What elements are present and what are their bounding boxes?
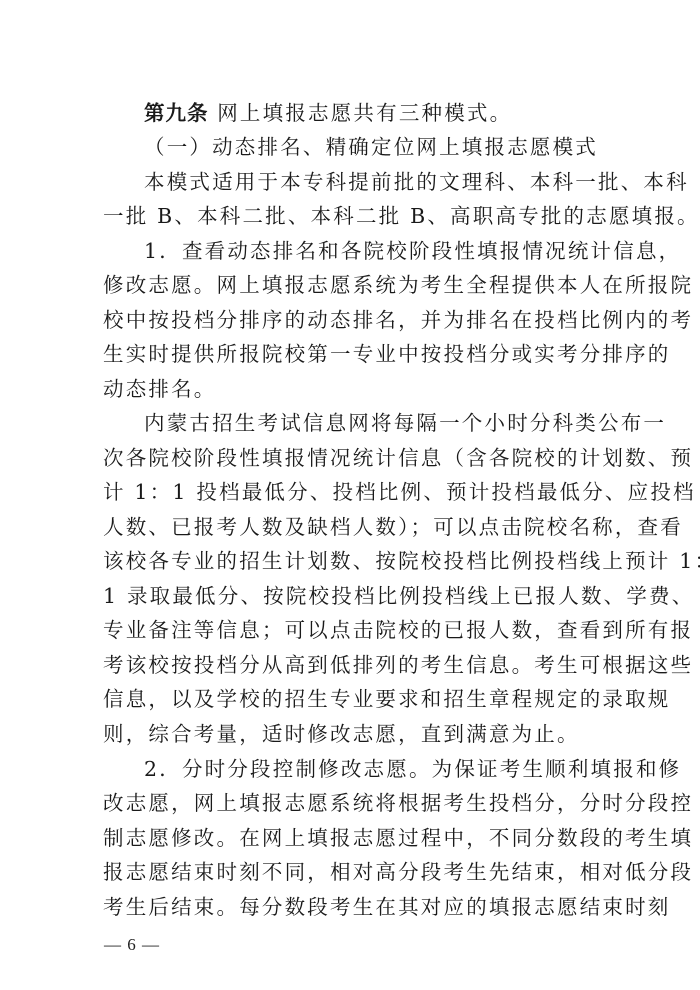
paragraph-line: 制志愿修改。在网上填报志愿过程中，不同分数段的考生填 [103, 821, 597, 855]
paragraph-line: 一批 B、本科二批、本科二批 B、高职高专批的志愿填报。 [103, 199, 597, 233]
paragraph-line: 则，综合考量，适时修改志愿，直到满意为止。 [103, 717, 597, 751]
article-heading: 第九条 网上填报志愿共有三种模式。 [144, 96, 597, 130]
paragraph-line: 动态排名。 [103, 372, 597, 406]
paragraph-line: 修改志愿。网上填报志愿系统为考生全程提供本人在所报院 [103, 268, 597, 302]
paragraph-line: 专业备注等信息；可以点击院校的已报人数，查看到所有报 [103, 613, 597, 647]
paragraph-line: 计 1：1 投档最低分、投档比例、预计投档最低分、应投档 [103, 475, 597, 509]
paragraph-line: 信息，以及学校的招生专业要求和招生章程规定的录取规 [103, 682, 597, 716]
paragraph-line: 本模式适用于本专科提前批的文理科、本科一批、本科 [144, 165, 597, 199]
paragraph-line: 生实时提供所报院校第一专业中按投档分或实考分排序的 [103, 337, 597, 371]
paragraph-line: 内蒙古招生考试信息网将每隔一个小时分科类公布一 [144, 406, 597, 440]
article-title: 网上填报志愿共有三种模式。 [209, 101, 513, 125]
paragraph-line: 报志愿结束时刻不同，相对高分段考生先结束，相对低分段 [103, 855, 597, 889]
paragraph-line: 校中按投档分排序的动态排名，并为排名在投档比例内的考 [103, 303, 597, 337]
paragraph-line: 考该校按投档分从高到低排列的考生信息。考生可根据这些 [103, 648, 597, 682]
section-heading: （一）动态排名、精确定位网上填报志愿模式 [144, 130, 597, 164]
paragraph-line: 2．分时分段控制修改志愿。为保证考生顺利填报和修 [144, 752, 597, 786]
paragraph-line: 1 录取最低分、按院校投档比例投档线上已报人数、学费、 [103, 579, 597, 613]
paragraph-line: 改志愿，网上填报志愿系统将根据考生投档分，分时分段控 [103, 786, 597, 820]
document-page: 第九条 网上填报志愿共有三种模式。 （一）动态排名、精确定位网上填报志愿模式 本… [0, 0, 700, 990]
page-number: — 6 — [104, 935, 160, 955]
paragraph-line: 次各院校阶段性填报情况统计信息（含各院校的计划数、预 [103, 441, 597, 475]
paragraph-line: 该校各专业的招生计划数、按院校投档比例投档线上预计 1： [103, 544, 597, 578]
paragraph-line: 人数、已报考人数及缺档人数）；可以点击院校名称，查看 [103, 510, 597, 544]
paragraph-line: 1．查看动态排名和各院校阶段性填报情况统计信息， [144, 234, 597, 268]
paragraph-line: 考生后结束。每分数段考生在其对应的填报志愿结束时刻 [103, 890, 597, 924]
article-number: 第九条 [144, 101, 209, 125]
